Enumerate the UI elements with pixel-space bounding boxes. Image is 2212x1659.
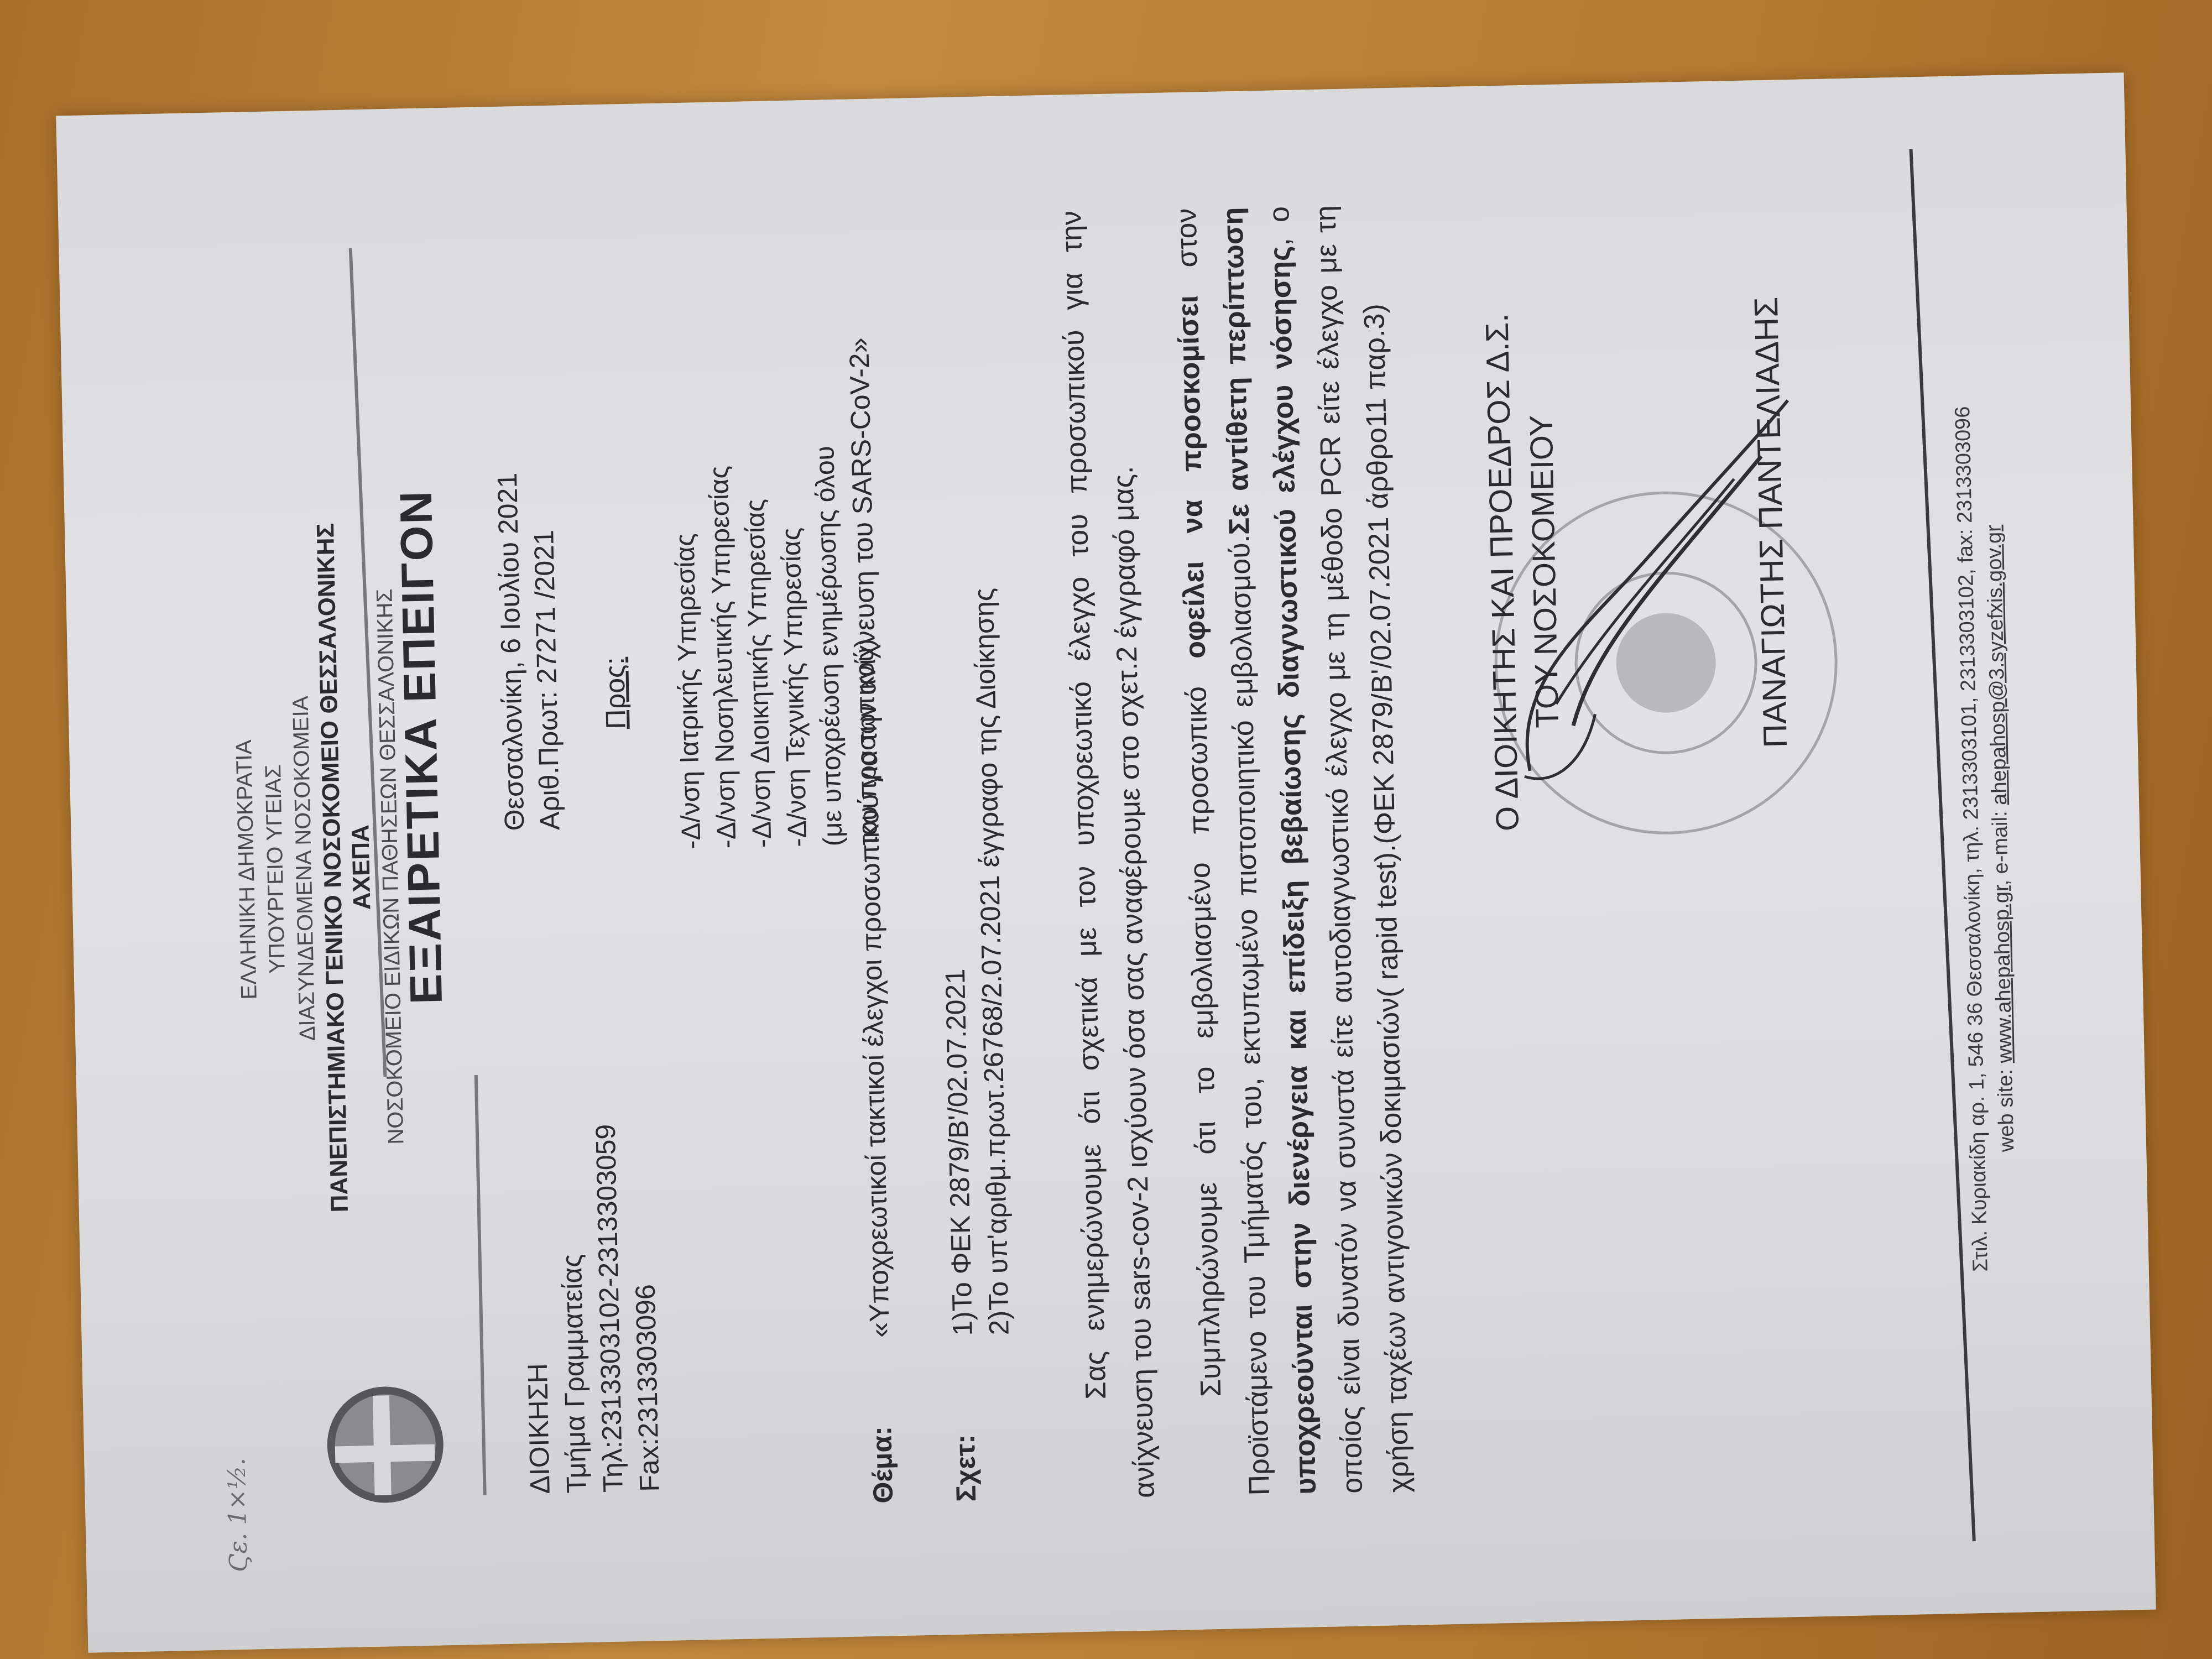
letter-body: Σας ενημερώνουμε ότι σχετικά με τον υποχ… — [1048, 204, 1444, 1499]
sender-tel: Τηλ:2313303102-2313303059 — [587, 1124, 632, 1493]
footer: Στιλ. Κυριακίδη αρ. 1, 546 36 Θεσσαλονίκ… — [1943, 175, 2028, 1503]
references-label: Σχετ: — [947, 1434, 985, 1502]
recipients-label: Προς: — [598, 657, 632, 730]
document-page: Ϛε. 1×½. ΕΛΛΗΝΙΚΗ ΔΗΜΟΚΡΑΤΙΑ ΥΠΟΥΡΓΕΙΟ Υ… — [56, 72, 2156, 1653]
body-paragraph-1: Σας ενημερώνουμε ότι σχετικά με τον υποχ… — [1048, 209, 1168, 1499]
signature-block: Ο ΔΙΟΙΚΗΤΗΣ ΚΑΙ ΠΡΟΕΔΡΟΣ Δ.Σ. ΤΟΥ ΝΟΣΟΚΟ… — [1472, 101, 1575, 1043]
greek-coat-of-arms-icon — [326, 1385, 445, 1504]
website-link[interactable]: www.ahepahosp.gr — [1990, 885, 2017, 1063]
body-paragraph-2: Συμπληρώνουμε ότι το εμβολιασμένο προσωπ… — [1163, 204, 1422, 1497]
urgency-classification: ΕΞΑΙΡΕΤΙΚΑ ΕΠΕΙΓΟΝ — [390, 489, 453, 1004]
email-link[interactable]: ahepahosp@3.syzefxis.gov.gr — [1983, 525, 2012, 806]
sender-block: ΔΙΟΙΚΗΣΗ Τμήμα Γραμματείας Τηλ:231330310… — [514, 1123, 668, 1495]
subject-label: Θέμα: — [863, 1426, 901, 1504]
sender-fax: Fax:2313303096 — [624, 1123, 668, 1493]
sender-divider — [474, 1075, 487, 1495]
date-protocol-block: Θεσσαλονίκη, 6 Ιουλίου 2021 Αριθ.Πρωτ: 2… — [489, 472, 568, 831]
handwritten-note: Ϛε. 1×½. — [222, 1458, 253, 1573]
protocol-number: Αριθ.Πρωτ: 27271 /2021 — [525, 472, 568, 831]
document-date: Θεσσαλονίκη, 6 Ιουλίου 2021 — [489, 472, 533, 831]
subject-block: Θέμα: «Υποχρεωτικοί τακτικοί έλεγχοι προ… — [838, 232, 901, 1504]
letterhead: ΕΛΛΗΝΙΚΗ ΔΗΜΟΚΡΑΤΙΑ ΥΠΟΥΡΓΕΙΟ ΥΓΕΙΑΣ ΔΙΑ… — [225, 507, 412, 1229]
references-block: Σχετ: 1)Το ΦΕΚ 2879/Β'/02.07.2021 2)Το υ… — [921, 229, 1021, 1502]
